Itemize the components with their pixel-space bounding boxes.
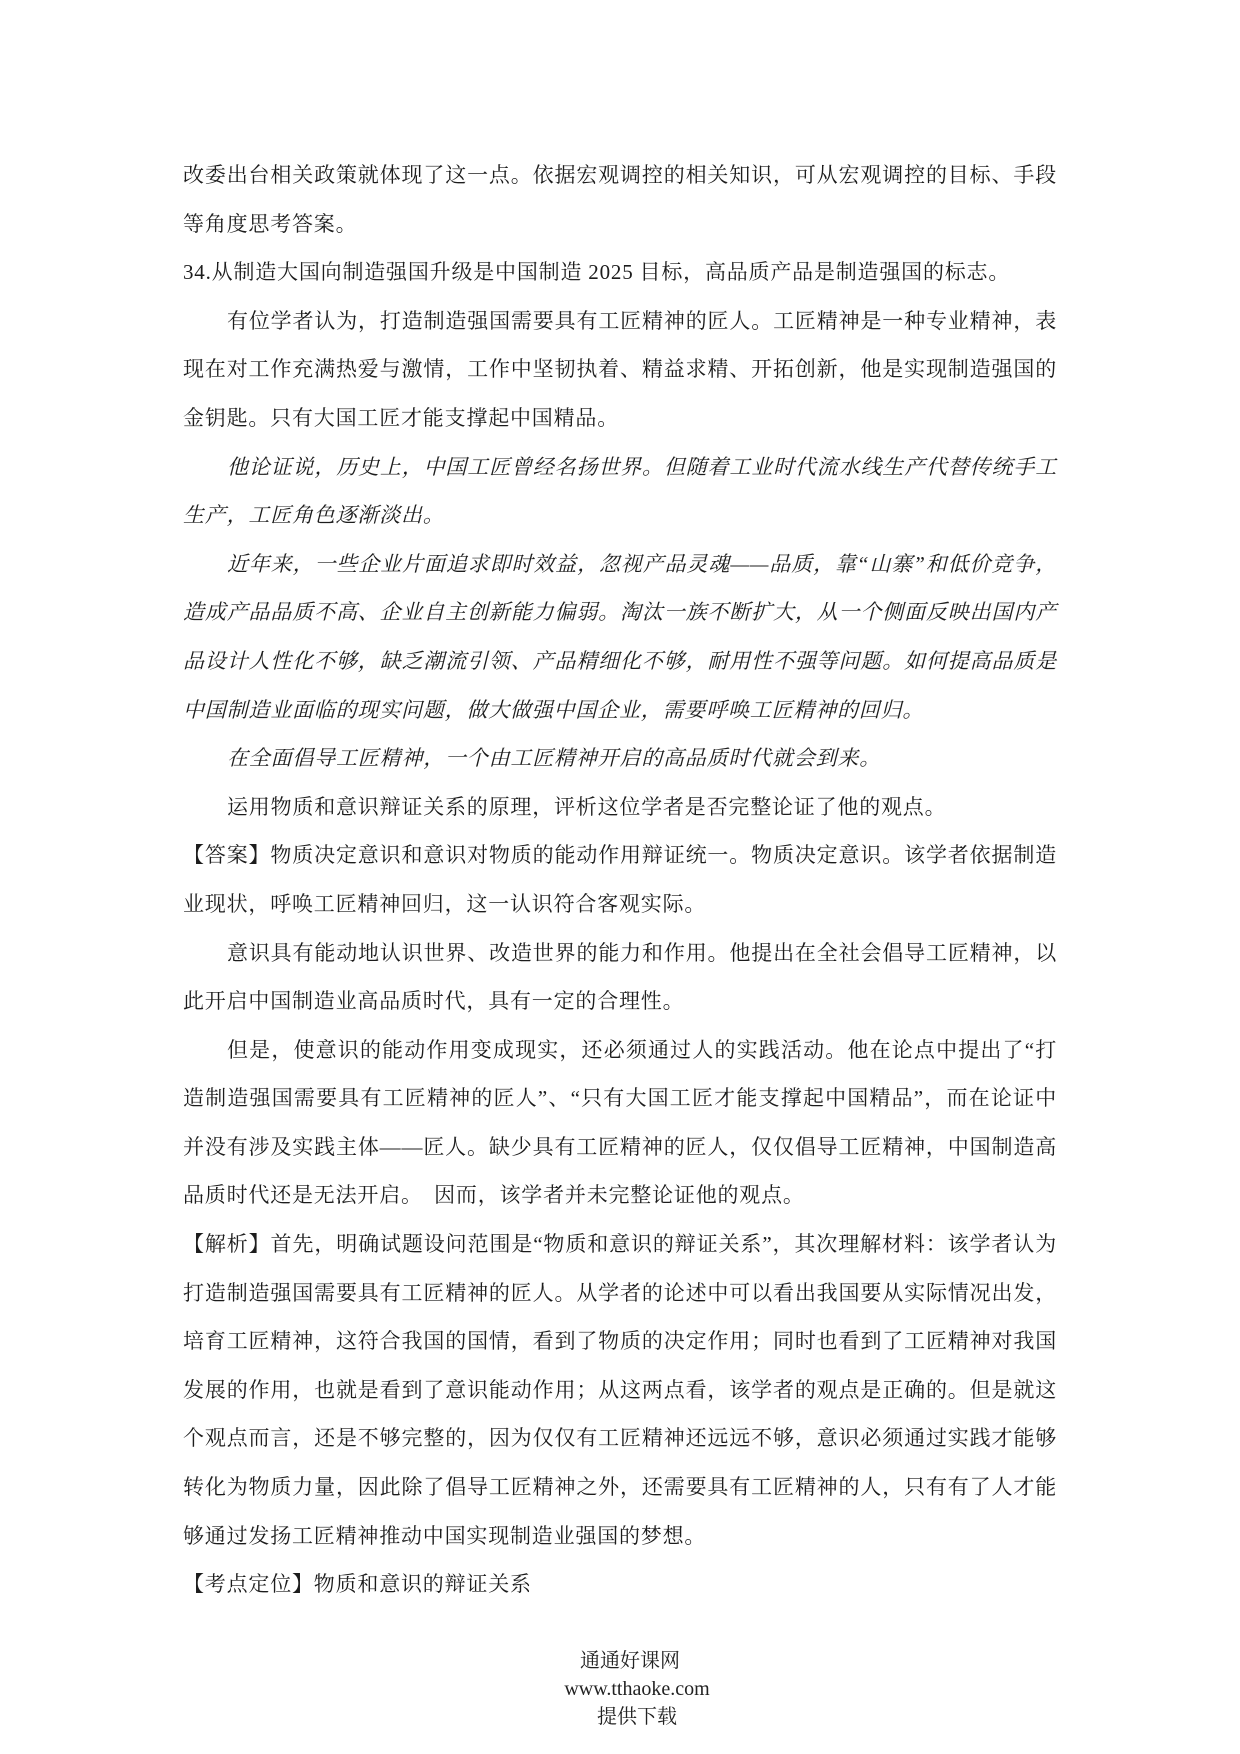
question-34-task: 运用物质和意识辩证关系的原理，评析这位学者是否完整论证了他的观点。 — [183, 783, 1057, 832]
answer-paragraph-3: 但是，使意识的能动作用变成现实，还必须通过人的实践活动。他在论点中提出了“打造制… — [183, 1026, 1057, 1220]
answer-paragraph-2: 意识具有能动地认识世界、改造世界的能力和作用。他提出在全社会倡导工匠精神，以此开… — [183, 929, 1057, 1026]
material-paragraph-3: 在全面倡导工匠精神，一个由工匠精神开启的高品质时代就会到来。 — [183, 734, 1057, 783]
page-footer: 通通好课网 www.tthaoke.com 提供下载 — [0, 1619, 1240, 1754]
material-paragraph-2: 近年来，一些企业片面追求即时效益，忽视产品灵魂——品质，靠“山寨”和低价竞争，造… — [183, 540, 1057, 734]
question-34-intro-paragraph: 有位学者认为，打造制造强国需要具有工匠精神的匠人。工匠精神是一种专业精神，表现在… — [183, 297, 1057, 443]
document-page: 改委出台相关政策就体现了这一点。依据宏观调控的相关知识，可从宏观调控的目标、手段… — [0, 0, 1240, 1754]
document-text-block: 改委出台相关政策就体现了这一点。依据宏观调控的相关知识，可从宏观调控的目标、手段… — [183, 151, 1057, 1609]
footer-site-url: www.tthaoke.com — [564, 1675, 709, 1703]
question-34-stem: 34.从制造大国向制造强国升级是中国制造 2025 目标，高品质产品是制造强国的… — [183, 248, 1057, 297]
keypoint-paragraph: 【考点定位】物质和意识的辩证关系 — [183, 1560, 1057, 1609]
footer-site-name: 通通好课网 — [580, 1647, 680, 1675]
material-paragraph-1: 他论证说，历史上，中国工匠曾经名扬世界。但随着工业时代流水线生产代替传统手工生产… — [183, 443, 1057, 540]
footer-download-note: 提供下载 — [597, 1703, 677, 1731]
answer-paragraph-1: 【答案】物质决定意识和意识对物质的能动作用辩证统一。物质决定意识。该学者依据制造… — [183, 831, 1057, 928]
analysis-paragraph: 【解析】首先，明确试题设问范围是“物质和意识的辩证关系”，其次理解材料：该学者认… — [183, 1220, 1057, 1560]
answer-hint-continuation: 改委出台相关政策就体现了这一点。依据宏观调控的相关知识，可从宏观调控的目标、手段… — [183, 151, 1057, 248]
